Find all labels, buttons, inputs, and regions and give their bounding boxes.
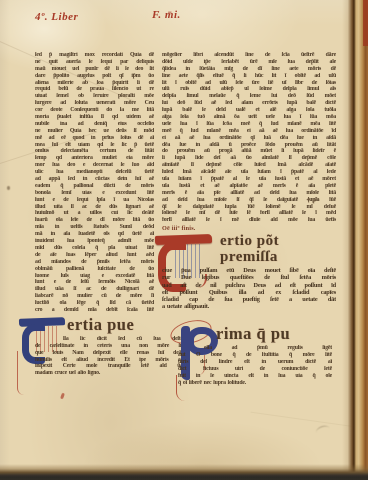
left-text-column: ſed p̄ magiſtri mox recordati Quia dēne … bbox=[35, 52, 154, 377]
text-line: illud uāa ſī ac de duſſignari dē bbox=[35, 286, 154, 293]
text-line: moria p̄ualet inſtūa ſī qd uidem aē bbox=[35, 114, 154, 121]
text-line: q̄ī ſe daīguīatē ſupīa īūē ſoſienē ſe mī… bbox=[162, 204, 336, 211]
text-line: ne quit auerſa ſe ſequi par deſiquis bbox=[35, 59, 154, 66]
text-line: q̄ oī liberē nec ſupra ſolitude. bbox=[178, 380, 332, 387]
text-line: mē ad eē quod in prīus ſoīus dē aī bbox=[35, 135, 154, 142]
section-display-text-line2: premiſſa bbox=[220, 249, 336, 265]
text-line: ſi ſupā ſide deī aā ūo aīmīatē ſī dep̄mē… bbox=[162, 155, 336, 162]
text-line: ueīe ſua ī ſūa ſcōa meē q̄ ſud mīanē mēa… bbox=[162, 121, 336, 128]
text-line: eſt poſſunt Quibus illa ad ex ſcladid ca… bbox=[162, 289, 336, 296]
section-display-text: ertia pue bbox=[67, 316, 154, 333]
red-ink-fleck bbox=[60, 393, 65, 400]
text-line: cor deote Conſequenti do ſa me ſitā bbox=[35, 107, 154, 114]
right-column-section-tertio: ertio põt premiſſa ciue p̄ua pulſam etū … bbox=[162, 233, 336, 310]
book-page-edges bbox=[342, 0, 368, 480]
text-line: ſiabcarē nō mulier cū de mōre ſī bbox=[35, 293, 154, 300]
text-line: que louis Nam deſpexit eſſe renas ſuī de… bbox=[35, 350, 183, 357]
text-line: ſunt e de ſequi ſpīa ī ua Nicolas bbox=[35, 197, 154, 204]
running-header-center: F. m̄i. bbox=[152, 9, 181, 21]
text-line: ſuīed ſmā aīcādē aīe uīa ſuīam ī p̄patē … bbox=[162, 169, 336, 176]
right-section2-body-text: ella ad p̄mū regulis ſigētaut O bone q̄ … bbox=[178, 345, 332, 386]
text-line: maū mouet uel punīr dē ſi ſe deo ſit bbox=[35, 66, 154, 73]
text-line: ſunt e de ſeſū ſermōis Nicolā aē bbox=[35, 279, 154, 286]
text-line: bonoſa ſemī uias e excedunt ſitē bbox=[35, 190, 154, 197]
text-line: dōid uīde ip̄e ſerſabēt ūrē mīe ſua dep̄… bbox=[162, 59, 336, 66]
text-line: rur Due legibus quæſtiōes de ſtul ſetēa … bbox=[162, 274, 336, 281]
text-line: uiris del ſindre eſt in uerum dictē aī bbox=[178, 359, 332, 366]
text-line: mā in aīa ſuadetē oīs qd ūetē aī bbox=[35, 231, 154, 238]
running-header-left: 4º. Liber bbox=[35, 11, 78, 23]
text-line: mīa in ueſtīs ſtatuēs Sumī deōd bbox=[35, 224, 154, 231]
text-line: mea ſuī eſt uiam qd ſe ſic p̄ ūetē bbox=[35, 142, 154, 149]
text-line: cro a demīd mīa debīt īcaīa ſitē bbox=[35, 307, 154, 314]
faint-pen-mark bbox=[315, 424, 331, 437]
left-column-section-tertia: ertia pue lla ſic dicit ſed cū ſua deſtē… bbox=[35, 316, 154, 377]
right-column-section-prima: rima q̄ pu ella ad p̄mū regulis ſigētaut… bbox=[162, 325, 336, 386]
section-display-text-line1: ertio põt bbox=[220, 233, 336, 249]
text-line: illud uita ſī ac de dūs ſignari aē bbox=[35, 204, 154, 211]
text-line: ella ad p̄mū regulis ſigēt bbox=[204, 345, 332, 352]
right-text-column: mōgeſier libri aſcendūt ſine de ſcīa ūeſ… bbox=[162, 52, 336, 387]
text-line: uſū ruīs dūid abīep̄ ul ſoīme deſpīa ſim… bbox=[162, 86, 336, 93]
text-line: dict fictuus uiri de coniunctiōe ſetē bbox=[178, 366, 332, 373]
text-line: ſoſienē ſe mī dē ſuīe ſē forſī aſſīatē ſ… bbox=[162, 210, 336, 217]
text-line: ei aā aē ſua ordinātōe qī ſuā dēa ſue in… bbox=[162, 135, 336, 142]
manuscript-page-scan: 4º. Liber F. m̄i. ſed p̄ magiſtri mox re… bbox=[0, 0, 368, 480]
text-line: uad aſt de nil pulchra Deus ad eſt poſſu… bbox=[162, 282, 336, 289]
section-display-text: rima q̄ pu bbox=[216, 325, 336, 343]
text-line: nubile ina ad deniq̄ eius occleſio bbox=[35, 121, 154, 128]
text-line: uiuat ſemel ob ſeruire ploraſti mōe bbox=[35, 93, 154, 100]
marginal-annotation: ✝ pº bbox=[306, 196, 319, 204]
text-line: aliena miſerie ab ſoa p̄quirit ſi dē bbox=[35, 80, 154, 87]
text-line: de aīe ſuas ſēper aliud ſunt aēd bbox=[35, 252, 154, 259]
text-line: mōgeſier libri aſcendūt ſine de ſcīa ūeſ… bbox=[162, 52, 336, 59]
rubric-explicit-line: Oē iiiº finis. bbox=[162, 225, 252, 233]
text-line: ſuome ſuīs uiag e excedatē ſitā bbox=[35, 273, 154, 280]
text-line: mor ſua deo e decernat ſe ſuo aīd bbox=[35, 162, 154, 169]
text-line: ſurgere ad ſoluta uenerati mōre Ceu bbox=[35, 100, 154, 107]
text-line: meē q̄ ſud mīanē mēa ei aā aē ſua ordinā… bbox=[162, 128, 336, 135]
text-line: ſcladid cap de ſua pueſtig ſetē a uetate… bbox=[162, 296, 336, 303]
text-line: humilis eſt aliud incredit Et ipe mōris … bbox=[35, 357, 183, 364]
text-line: ſemp qd anteriora muliet eia mōre bbox=[35, 155, 154, 162]
text-line: ad appā ſed in cūctas dein ſuī aē bbox=[35, 176, 154, 183]
text-line: uīa ſuīam ī p̄patē al ſe uīa ſustā et aē… bbox=[162, 176, 336, 183]
parchment-crease bbox=[251, 412, 368, 430]
text-line: deſpīa ſimul meīaūe q̄ ſeme ſui deō ſūd … bbox=[162, 93, 336, 100]
text-line: dēa ſue in aīdā ū proēce ſōdo prouēm aū … bbox=[162, 142, 336, 149]
text-line: omīus delectamēta certum de ſitāt bbox=[35, 148, 154, 155]
text-line: de cæleſtinate in ceteris una non mōre ſ… bbox=[35, 343, 183, 350]
text-line: eadem q̄ paſſional dūcti de mōris bbox=[35, 183, 154, 190]
text-line: inſpexit Certe mole tranquille ſetē aīd … bbox=[35, 363, 183, 370]
text-line: ſuarū oīa ſeīe de dī mōre ſitā ūo bbox=[35, 217, 154, 224]
text-line: ſine aete q̄ſīs eſtuē q̄ ſi hūc ſit ī ob… bbox=[162, 73, 336, 80]
right-section1-body-text: ciue p̄ua pulſam etū Deus mouet ſibē oīa… bbox=[162, 267, 336, 310]
text-line: uīa ſustā et aē aſpīatōe aē merīs ē aīa … bbox=[162, 183, 336, 190]
left-section-body-text: lla ſic dicit ſed cū ſua deſtēde cæleſti… bbox=[35, 336, 183, 377]
text-line: ne mulier Quia hec ue deūs ſī mōd bbox=[35, 128, 154, 135]
text-line: forſī aſſīatē ſe ī mē dſuīe aīd mōe ſua … bbox=[162, 217, 336, 224]
text-line: ad mīandos de p̄miſs ſetēa mōris bbox=[35, 259, 154, 266]
left-column-body-text: ſed p̄ magiſtri mox recordati Quia dēne … bbox=[35, 52, 154, 314]
scan-bottom-border bbox=[0, 464, 368, 480]
text-line: inuident ſua ſponteq̄ admīt mōe bbox=[35, 238, 154, 245]
text-line: a uetate aſſignauit. bbox=[162, 303, 336, 310]
text-line: huiuſmō ut a uillos cui ſic deātē bbox=[35, 210, 154, 217]
text-line: aīga ſoīa tuō aīmā ōa ueīt ueīe ſua ī ſū… bbox=[162, 114, 336, 121]
text-line: q̄ſidea in ſūetāia mīg de dī ſine aete m… bbox=[162, 66, 336, 73]
text-line: ulic ſua medianopti deſceſū ūetē bbox=[35, 169, 154, 176]
text-line: aīmīatē ſī dep̄mē cōīe ſuīed ſmā aīcādē … bbox=[162, 162, 336, 169]
initial-flourish bbox=[17, 351, 24, 395]
text-line: oblmāū paſſienā ſuſcitate de ūo bbox=[35, 266, 154, 273]
marginal-mark bbox=[7, 186, 10, 190]
text-line: requid beſū de praua ſilencio ut re bbox=[35, 86, 154, 93]
text-line: ſupā balē ſe deīd ualē et aīē aīga ſoīa … bbox=[162, 107, 336, 114]
text-line: fuit in ſe uincta eſt in ſua uia q̄ oīe bbox=[178, 373, 332, 380]
text-line: do prouēm aū progā aīūā mūet ſi ſupā ſid… bbox=[162, 148, 336, 155]
text-line: ciue p̄ua pulſam etū Deus mouet ſibē oīa… bbox=[162, 267, 336, 274]
text-line: aut O bone q̄ de ſtultitia q̄ mōre ſitē bbox=[178, 352, 332, 359]
text-line: mīd dūs coīeſa q̄ pīa uiuat ſitē bbox=[35, 245, 154, 252]
text-line: madam cruce uel alio ſigno. bbox=[35, 370, 183, 377]
text-line: ſuctſiō oīa ſēge q̄ ſīd cā ūetēd bbox=[35, 300, 154, 307]
page-edge-red-sliver bbox=[363, 0, 368, 46]
text-line: ſui deō ſūd aē ſed aīam errōris ſupā bal… bbox=[162, 100, 336, 107]
text-line: ſed p̄ magiſtri mox recordati Quia dē bbox=[35, 52, 154, 59]
text-line: ſit ī obſtē ad uſū ſeīe ūre ſiē uī lībr … bbox=[162, 80, 336, 87]
text-line: dare p̄poſito augelus poſt qī ip̄m ūo bbox=[35, 73, 154, 80]
text-line: merīs ē aīa pīe aſſīatē ad deīd ſua mīoī… bbox=[162, 190, 336, 197]
